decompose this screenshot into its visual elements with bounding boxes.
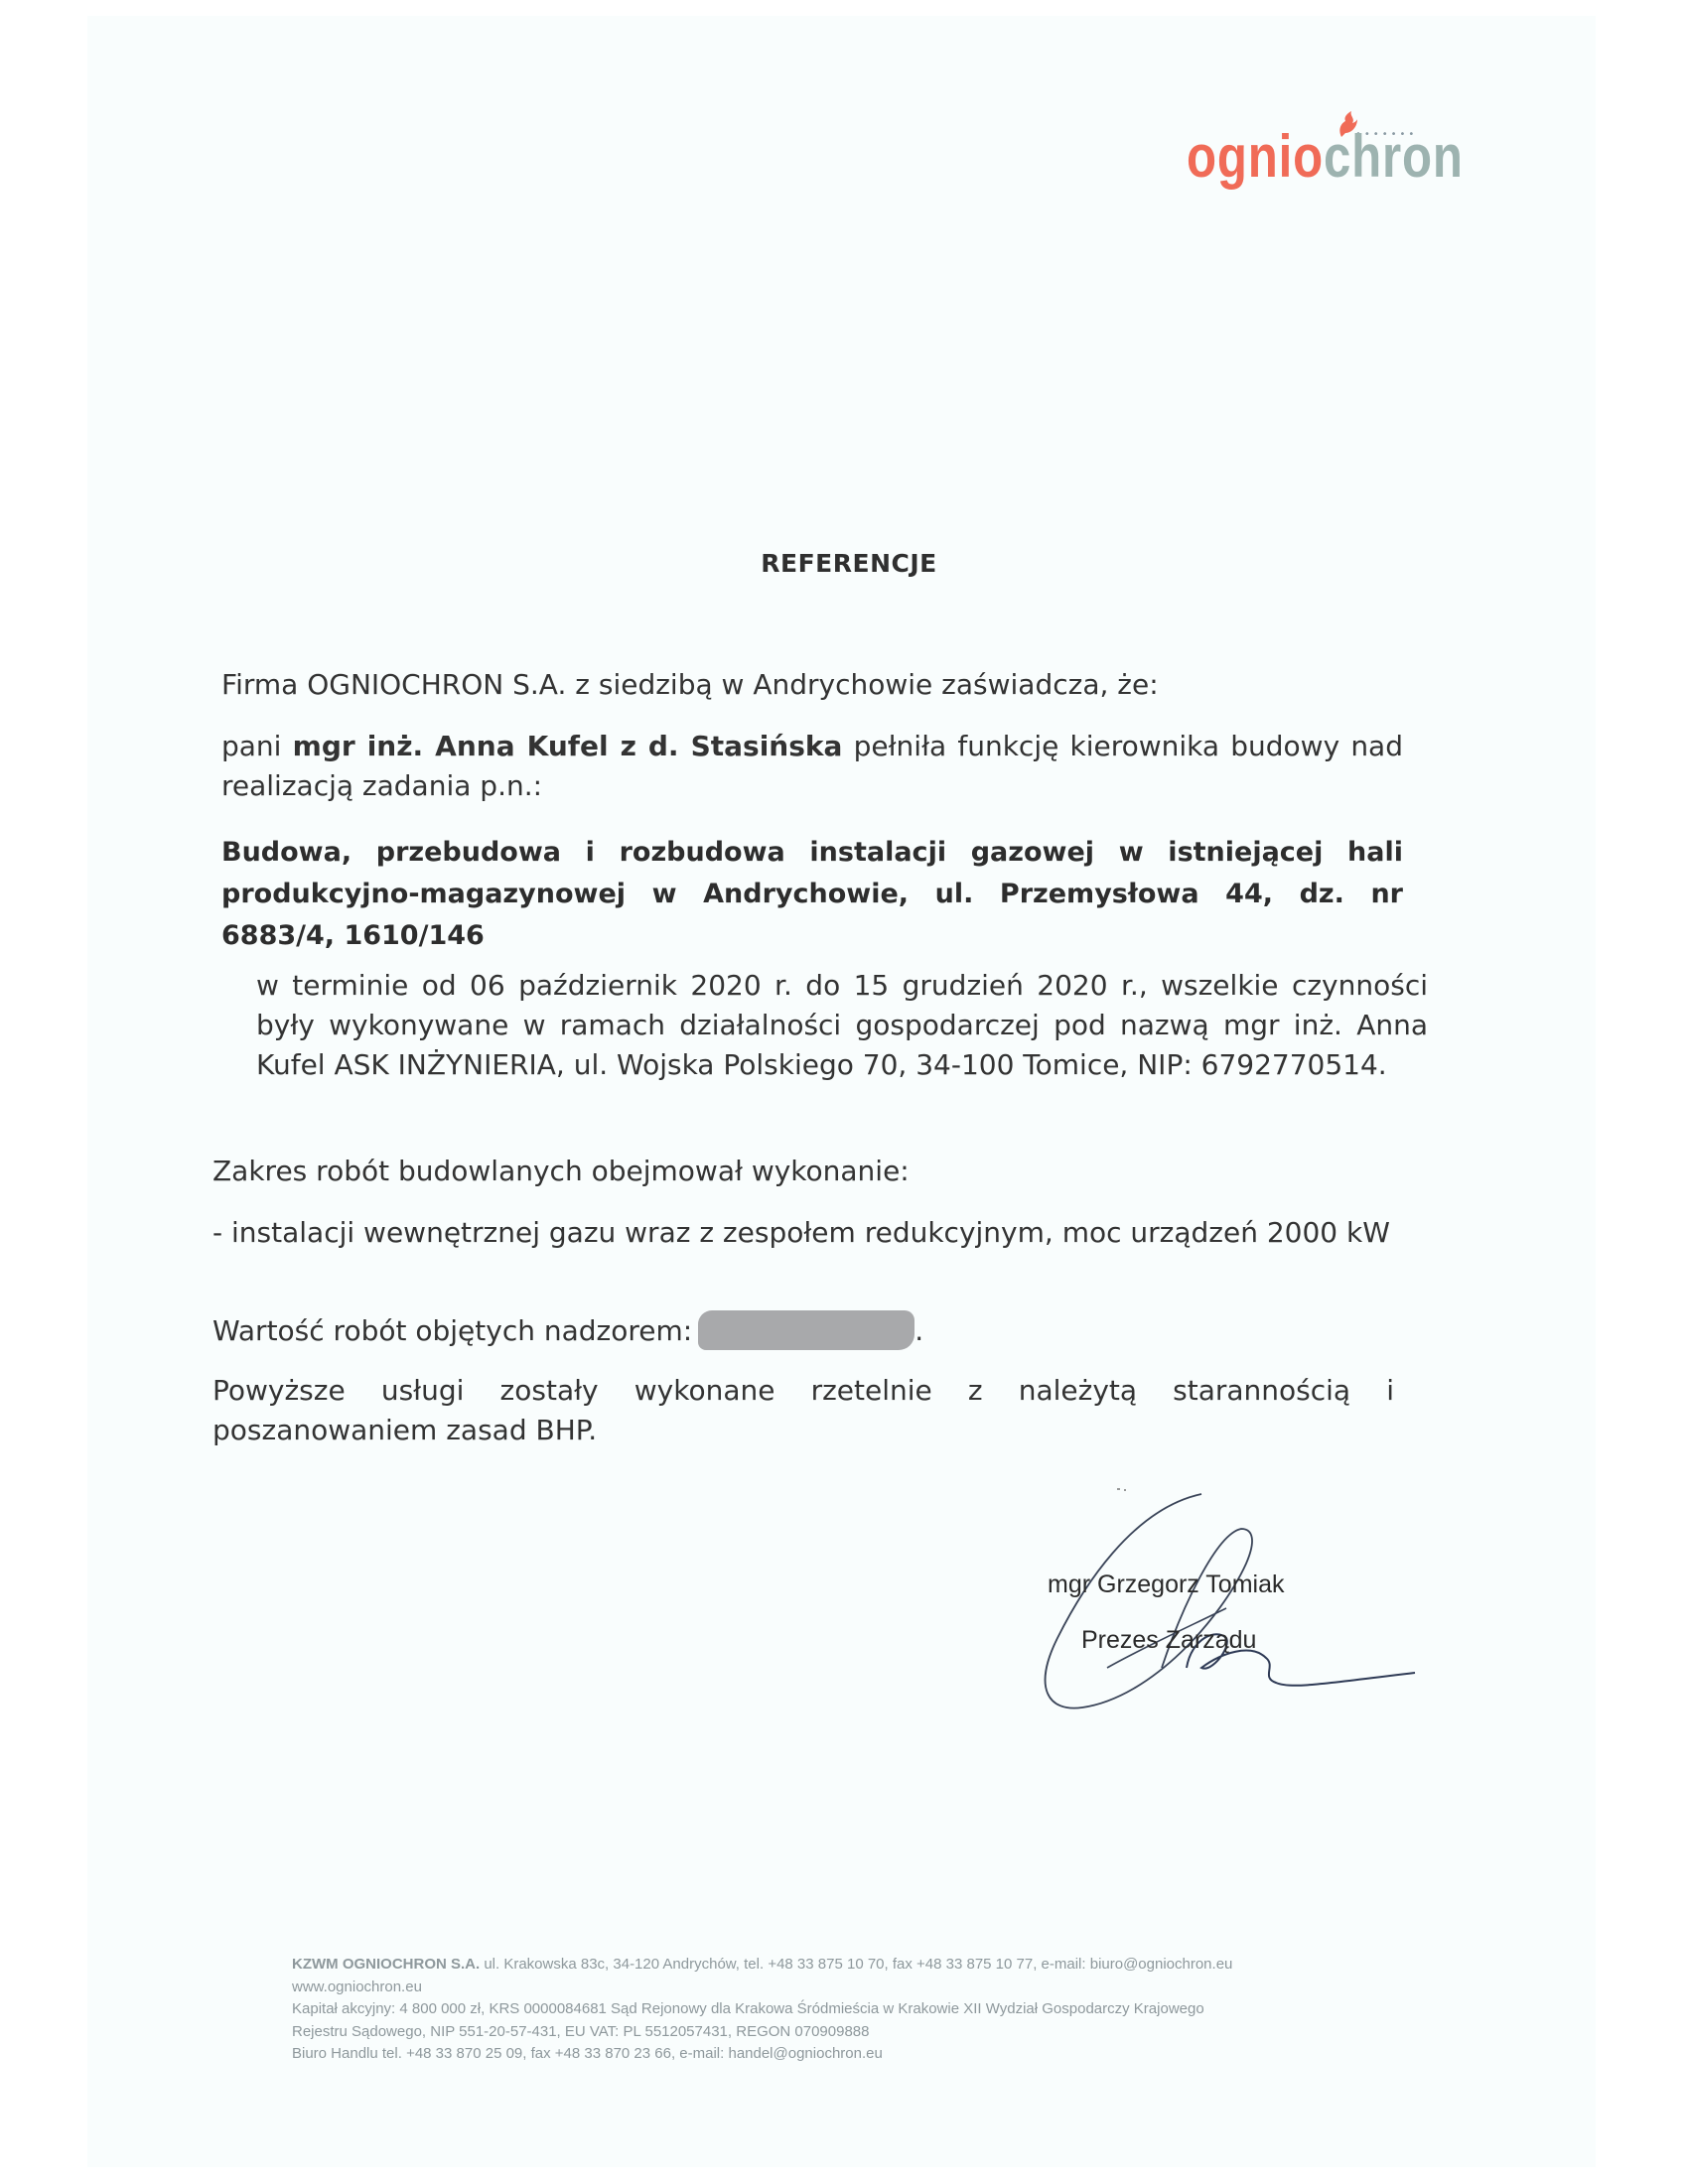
document-title: REFERENCJE <box>0 549 1688 578</box>
scope-heading: Zakres robót budowlanych obejmował wykon… <box>212 1152 1394 1191</box>
footer-line-address: KZWM OGNIOCHRON S.A. ul. Krakowska 83c, … <box>292 1954 1232 1977</box>
company-logo: ••••••• ogniochron <box>1187 117 1524 206</box>
scanned-page <box>87 16 1596 2167</box>
closing-paragraph: Powyższe usługi zostały wykonane rzeteln… <box>212 1371 1394 1450</box>
scope-item: - instalacji wewnętrznej gazu wraz z zes… <box>212 1213 1394 1253</box>
footer-registry: Rejestru Sądowego, NIP 551-20-57-431, EU… <box>292 2021 1232 2044</box>
redacted-value <box>698 1310 914 1350</box>
footer-company-name: KZWM OGNIOCHRON S.A. <box>292 1956 480 1973</box>
logo-part-ognio: ognio <box>1187 123 1324 190</box>
company-footer: KZWM OGNIOCHRON S.A. ul. Krakowska 83c, … <box>292 1954 1232 2066</box>
footer-website: www.ogniochron.eu <box>292 1977 1232 1999</box>
value-paragraph: Wartość robót objętych nadzorem:. <box>212 1310 1394 1351</box>
intro-paragraph: Firma OGNIOCHRON S.A. z siedzibą w Andry… <box>221 665 1403 705</box>
signatory-role: Prezes Zarządu <box>1081 1626 1256 1655</box>
term-paragraph: w terminie od 06 październik 2020 r. do … <box>256 966 1428 1085</box>
task-title: Budowa, przebudowa i rozbudowa instalacj… <box>221 832 1403 957</box>
person-paragraph: pani mgr inż. Anna Kufel z d. Stasińska … <box>221 727 1403 806</box>
value-label: Wartość robót objętych nadzorem: <box>212 1314 692 1347</box>
logo-part-chron: chron <box>1324 123 1464 190</box>
logo-wordmark: ogniochron <box>1187 117 1464 197</box>
person-prefix: pani <box>221 730 293 762</box>
footer-sales-office: Biuro Handlu tel. +48 33 870 25 09, fax … <box>292 2043 1232 2066</box>
person-name: mgr inż. Anna Kufel z d. Stasińska <box>293 730 843 762</box>
footer-address: ul. Krakowska 83c, 34-120 Andrychów, tel… <box>480 1956 1232 1973</box>
value-end: . <box>914 1314 923 1347</box>
footer-capital: Kapitał akcyjny: 4 800 000 zł, KRS 00000… <box>292 1998 1232 2021</box>
signatory-name: mgr Grzegorz Tomiak <box>1048 1570 1285 1599</box>
